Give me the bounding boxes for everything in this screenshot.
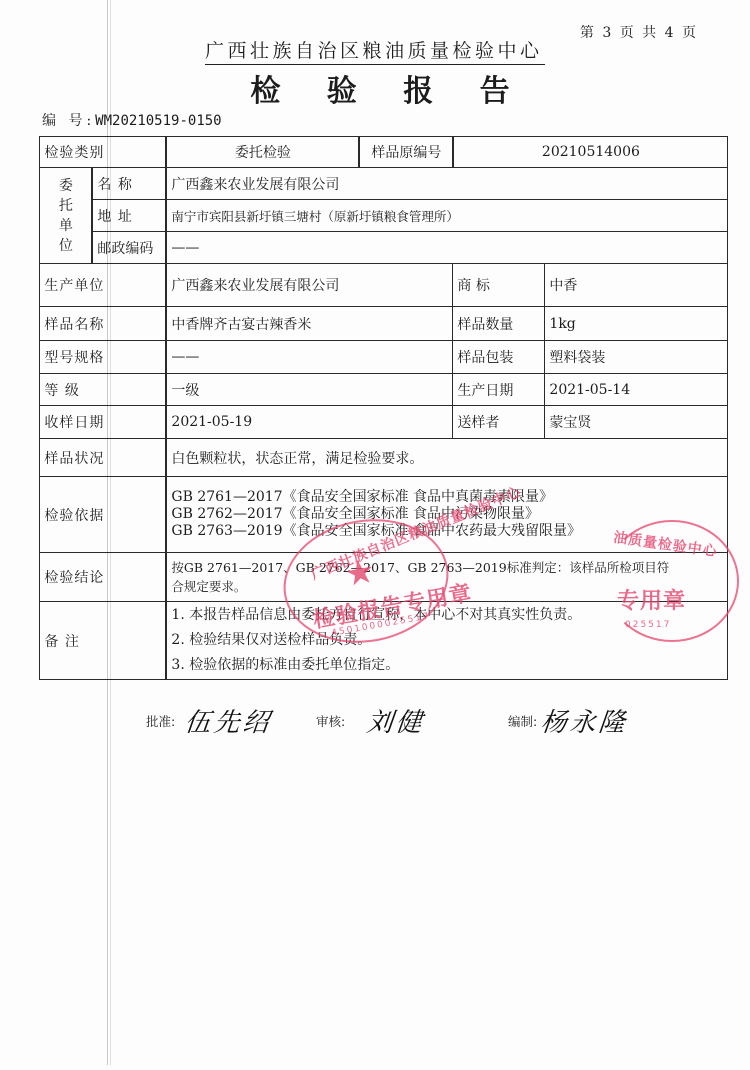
- approved-label: 批准:: [146, 712, 175, 730]
- client-label-char: 委: [59, 176, 73, 196]
- original-sample-no-value: 20210514006: [453, 136, 728, 168]
- production-date-label: 生产日期: [452, 373, 545, 406]
- reviewed-by-signature: 刘健: [365, 702, 427, 739]
- receipt-date-label: 收样日期: [39, 405, 166, 439]
- producer-label: 生产单位: [39, 263, 166, 307]
- production-date-value: 2021-05-14: [544, 373, 728, 406]
- basis-line: GB 2763—2019《食品安全国家标准 食品中农药最大残留限量》: [171, 523, 581, 540]
- submitter-label: 送样者: [452, 405, 545, 439]
- report-number-value: WM20210519-0150: [95, 113, 221, 129]
- reviewed-signature: 审核: 刘健: [316, 702, 425, 739]
- organization-title: 广西壮族自治区粮油质量检验中心: [205, 36, 545, 65]
- conclusion-label: 检验结论: [39, 552, 166, 602]
- grade-value: 一级: [166, 373, 453, 406]
- sample-packaging-value: 塑料袋装: [544, 340, 728, 374]
- remark-line: 1. 本报告样品信息由委托方自行宣称，本中心不对其真实性负责。: [171, 603, 581, 628]
- model-spec-value: ——: [166, 340, 453, 374]
- client-group-label: 委 托 单 位: [39, 167, 92, 264]
- client-address-value: 南宁市宾阳县新圩镇三塘村（原新圩镇粮食管理所）: [166, 199, 728, 232]
- sample-quantity-label: 样品数量: [452, 306, 545, 341]
- page-indicator: 第 3 页 共 4 页: [580, 22, 698, 42]
- approved-signature: 批准: 伍先绍: [146, 702, 272, 739]
- approved-by-signature: 伍先绍: [183, 702, 274, 739]
- signature-row: 批准: 伍先绍 审核: 刘健 编制: 杨永隆: [146, 690, 706, 735]
- report-number: 编 号:WM20210519-0150: [42, 110, 222, 130]
- client-postcode-value: ——: [166, 231, 728, 264]
- client-postcode-label: 邮政编码: [92, 231, 166, 264]
- conclusion-text: 按GB 2761—2017、GB 2762—2017、GB 2763—2019标…: [166, 552, 728, 602]
- sample-condition-value: 白色颗粒状，状态正常，满足检验要求。: [166, 438, 728, 477]
- submitter-value: 蒙宝贤: [544, 405, 728, 439]
- trademark-value: 中香: [544, 263, 728, 307]
- basis-line: GB 2761—2017《食品安全国家标准 食品中真菌毒素限量》: [171, 489, 553, 506]
- producer-value: 广西鑫来农业发展有限公司: [166, 263, 453, 307]
- remarks-label: 备 注: [39, 601, 166, 680]
- conclusion-line: 按GB 2761—2017、GB 2762—2017、GB 2763—2019标…: [171, 558, 669, 577]
- model-spec-label: 型号规格: [39, 340, 166, 374]
- client-name-label: 名 称: [92, 167, 166, 200]
- client-label-char: 托: [59, 196, 73, 216]
- original-sample-no-label: 样品原编号: [359, 136, 453, 168]
- report-title: 检 验 报 告: [0, 66, 750, 110]
- inspection-type-value: 委托检验: [166, 136, 359, 168]
- sample-name-label: 样品名称: [39, 306, 166, 341]
- trademark-label: 商 标: [452, 263, 545, 307]
- grade-label: 等 级: [39, 373, 166, 406]
- reviewed-label: 审核:: [316, 712, 345, 730]
- prepared-label: 编制:: [508, 712, 537, 730]
- receipt-date-value: 2021-05-19: [166, 405, 453, 439]
- remark-line: 3. 检验依据的标准由委托单位指定。: [171, 653, 399, 678]
- inspection-basis-label: 检验依据: [39, 476, 166, 553]
- sample-condition-label: 样品状况: [39, 438, 166, 477]
- client-name-value: 广西鑫来农业发展有限公司: [166, 167, 728, 200]
- inspection-basis-list: GB 2761—2017《食品安全国家标准 食品中真菌毒素限量》 GB 2762…: [166, 476, 728, 553]
- inspection-type-label: 检验类别: [39, 136, 166, 168]
- client-label-char: 位: [59, 236, 73, 256]
- remarks-list: 1. 本报告样品信息由委托方自行宣称，本中心不对其真实性负责。 2. 检验结果仅…: [166, 601, 728, 680]
- prepared-by-signature: 杨永隆: [539, 702, 630, 739]
- prepared-signature: 编制: 杨永隆: [508, 702, 628, 739]
- client-address-label: 地 址: [92, 199, 166, 232]
- inspection-table: 检验类别 委托检验 样品原编号 20210514006 委 托 单 位 名 称 …: [40, 137, 728, 681]
- report-number-label: 编 号:: [42, 113, 95, 129]
- client-label-char: 单: [59, 216, 73, 236]
- conclusion-line: 合规定要求。: [171, 577, 246, 596]
- sample-packaging-label: 样品包装: [452, 340, 545, 374]
- basis-line: GB 2762—2017《食品安全国家标准 食品中污染物限量》: [171, 506, 539, 523]
- sample-name-value: 中香牌齐古宴古辣香米: [166, 306, 453, 341]
- remark-line: 2. 检验结果仅对送检样品负责。: [171, 628, 371, 653]
- sample-quantity-value: 1kg: [544, 306, 728, 341]
